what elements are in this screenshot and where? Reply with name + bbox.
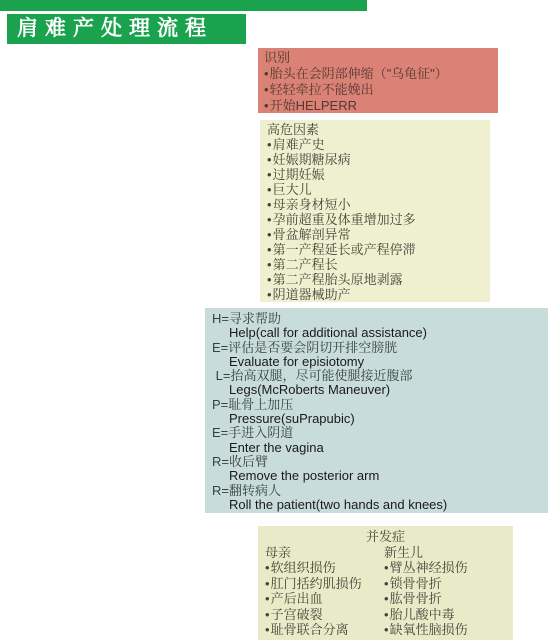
list-item: 开始HELPERR bbox=[264, 98, 492, 114]
list-item: 母亲身材短小 bbox=[267, 197, 483, 212]
helperr-box: H=寻求帮助 Help(call for additional assistan… bbox=[205, 308, 548, 513]
risk-factors-heading: 高危因素 bbox=[267, 122, 483, 137]
list-item: 孕前超重及体重增加过多 bbox=[267, 212, 483, 227]
list-item: 过期妊娠 bbox=[267, 167, 483, 182]
step-english: Pressure(suPrapubic) bbox=[229, 412, 542, 426]
page-title: 肩难产处理流程 bbox=[7, 14, 246, 44]
newborn-heading: 新生儿 bbox=[384, 545, 506, 561]
list-item: 产后出血 bbox=[265, 591, 384, 607]
helperr-step: H=寻求帮助 Help(call for additional assistan… bbox=[212, 312, 542, 341]
step-english: Roll the patient(two hands and knees) bbox=[229, 498, 542, 512]
list-item: 锁骨骨折 bbox=[384, 576, 506, 592]
step-chinese: E=评估是否要会阴切开排空膀胱 bbox=[212, 341, 542, 355]
list-item: 骨盆解剖异常 bbox=[267, 227, 483, 242]
list-item: 耻骨联合分离 bbox=[265, 622, 384, 638]
step-chinese: H=寻求帮助 bbox=[212, 312, 542, 326]
step-english: Remove the posterior arm bbox=[229, 469, 542, 483]
shoulder-dystocia-flowchart: 肩难产处理流程 识别 胎头在会阴部伸缩（"乌龟征"） 轻轻牵拉不能娩出 开始HE… bbox=[0, 0, 554, 644]
step-chinese: R=收后臂 bbox=[212, 455, 542, 469]
step-chinese: L=抬高双腿，尽可能使腿接近腹部 bbox=[212, 369, 542, 383]
list-item: 第一产程延长或产程停滞 bbox=[267, 242, 483, 257]
step-chinese: P=耻骨上加压 bbox=[212, 398, 542, 412]
helperr-step: E=评估是否要会阴切开排空膀胱 Evaluate for episiotomy bbox=[212, 341, 542, 370]
list-item: 臂丛神经损伤 bbox=[384, 560, 506, 576]
list-item: 第二产程胎头原地剥露 bbox=[267, 272, 483, 287]
list-item: 阴道器械助产 bbox=[267, 287, 483, 302]
step-english: Evaluate for episiotomy bbox=[229, 355, 542, 369]
risk-factors-box: 高危因素 肩难产史 妊娠期糖尿病 过期妊娠 巨大儿 母亲身材短小 孕前超重及体重… bbox=[260, 120, 490, 302]
list-item: 软组织损伤 bbox=[265, 560, 384, 576]
recognition-box: 识别 胎头在会阴部伸缩（"乌龟征"） 轻轻牵拉不能娩出 开始HELPERR bbox=[258, 48, 498, 113]
list-item: 缺氧性脑损伤 bbox=[384, 622, 506, 638]
helperr-step: R=翻转病人 Roll the patient(two hands and kn… bbox=[212, 484, 542, 513]
list-item: 肩难产史 bbox=[267, 137, 483, 152]
step-chinese: E=手进入阴道 bbox=[212, 426, 542, 440]
step-english: Legs(McRoberts Maneuver) bbox=[229, 383, 542, 397]
complications-columns: 母亲 软组织损伤 肛门括约肌损伤 产后出血 子宫破裂 耻骨联合分离 新生儿 臂丛… bbox=[265, 545, 506, 638]
list-item: 肛门括约肌损伤 bbox=[265, 576, 384, 592]
header-strip bbox=[0, 0, 367, 11]
list-item: 子宫破裂 bbox=[265, 607, 384, 623]
list-item: 胎儿酸中毒 bbox=[384, 607, 506, 623]
helperr-step: L=抬高双腿，尽可能使腿接近腹部 Legs(McRoberts Maneuver… bbox=[212, 369, 542, 398]
helperr-step: P=耻骨上加压 Pressure(suPrapubic) bbox=[212, 398, 542, 427]
complications-box: 并发症 母亲 软组织损伤 肛门括约肌损伤 产后出血 子宫破裂 耻骨联合分离 新生… bbox=[258, 526, 513, 640]
list-item: 肱骨骨折 bbox=[384, 591, 506, 607]
list-item: 轻轻牵拉不能娩出 bbox=[264, 82, 492, 98]
recognition-heading: 识别 bbox=[264, 50, 492, 66]
complications-heading: 并发症 bbox=[265, 529, 506, 545]
helperr-step: R=收后臂 Remove the posterior arm bbox=[212, 455, 542, 484]
list-item: 巨大儿 bbox=[267, 182, 483, 197]
step-chinese: R=翻转病人 bbox=[212, 484, 542, 498]
list-item: 第二产程长 bbox=[267, 257, 483, 272]
list-item: 妊娠期糖尿病 bbox=[267, 152, 483, 167]
list-item: 胎头在会阴部伸缩（"乌龟征"） bbox=[264, 66, 492, 82]
step-english: Help(call for additional assistance) bbox=[229, 326, 542, 340]
mother-column: 母亲 软组织损伤 肛门括约肌损伤 产后出血 子宫破裂 耻骨联合分离 bbox=[265, 545, 384, 638]
step-english: Enter the vagina bbox=[229, 441, 542, 455]
mother-heading: 母亲 bbox=[265, 545, 384, 561]
helperr-step: E=手进入阴道 Enter the vagina bbox=[212, 426, 542, 455]
newborn-column: 新生儿 臂丛神经损伤 锁骨骨折 肱骨骨折 胎儿酸中毒 缺氧性脑损伤 bbox=[384, 545, 506, 638]
